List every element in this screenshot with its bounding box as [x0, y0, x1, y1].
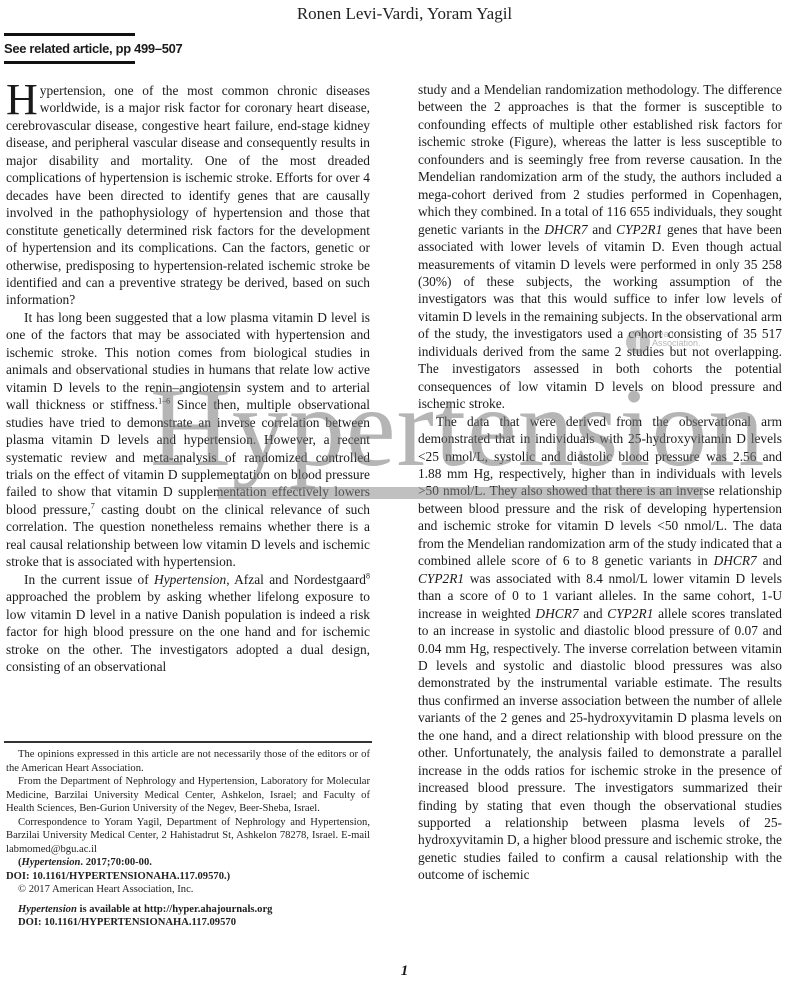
related-article-link[interactable]: See related article, pp 499–507 — [4, 41, 182, 56]
citation-ref[interactable]: 8 — [366, 571, 370, 580]
footnote-availability: Hypertension is available at http://hype… — [6, 903, 370, 917]
citation-ref[interactable]: 1–6 — [158, 397, 170, 406]
gene-name: CYP2R1 — [418, 571, 464, 586]
footnote-correspondence: Correspondence to Yoram Yagil, Departmen… — [6, 816, 370, 857]
footnote-doi[interactable]: DOI: 10.1161/HYPERTENSIONAHA.117.09570.) — [6, 870, 370, 884]
footnotes: The opinions expressed in this article a… — [6, 748, 370, 930]
gene-name: DHCR7 — [544, 222, 587, 237]
footnote-copyright: © 2017 American Heart Association, Inc. — [6, 883, 370, 897]
drop-cap: H — [6, 84, 38, 116]
vitamin-d-paragraph: It has long been suggested that a low pl… — [6, 309, 370, 571]
gene-name: DHCR7 — [714, 553, 757, 568]
current-issue-paragraph: In the current issue of Hypertension, Af… — [6, 571, 370, 676]
gene-name: CYP2R1 — [616, 222, 662, 237]
gene-name: CYP2R1 — [607, 606, 653, 621]
right-column: study and a Mendelian randomization meth… — [418, 81, 782, 884]
footnote-disclaimer: The opinions expressed in this article a… — [6, 748, 370, 775]
study-design-paragraph: study and a Mendelian randomization meth… — [418, 81, 782, 413]
related-article-box: See related article, pp 499–507 — [4, 33, 135, 64]
footnote-affiliation: From the Department of Nephrology and Hy… — [6, 775, 370, 816]
gene-name: DHCR7 — [535, 606, 578, 621]
intro-paragraph: Hypertension, one of the most common chr… — [6, 82, 370, 309]
footnote-citation: (Hypertension. 2017;70:00-00. — [6, 856, 370, 870]
journal-url-link[interactable]: is available at http://hyper.ahajournals… — [77, 904, 273, 915]
footnote-availability-doi[interactable]: DOI: 10.1161/HYPERTENSIONAHA.117.09570 — [6, 916, 370, 930]
results-paragraph: The data that were derived from the obse… — [418, 413, 782, 884]
journal-name: Hypertension — [154, 572, 226, 587]
footnote-divider — [4, 741, 372, 743]
left-column: Hypertension, one of the most common chr… — [6, 82, 370, 675]
page-number: 1 — [0, 963, 809, 980]
running-head-authors: Ronen Levi-Vardi, Yoram Yagil — [0, 4, 809, 24]
